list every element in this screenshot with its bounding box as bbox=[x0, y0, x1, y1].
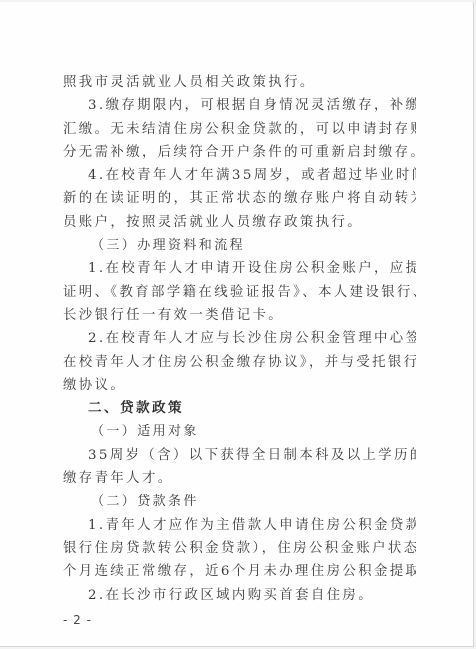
paragraph-line: 证明、《教育部学籍在线验证报告》、本人建设银行、交通银行、 bbox=[63, 281, 416, 304]
paragraph-line: 长沙银行任一有效一类借记卡。 bbox=[63, 304, 416, 327]
paragraph-line: 汇缴。无未结清住房公积金贷款的，可以申请封存账户，欠缴部 bbox=[63, 118, 416, 141]
paragraph-line: 2.在校青年人才应与长沙住房公积金管理中心签订《长沙市 bbox=[63, 327, 416, 350]
paragraph-line: 2.在长沙市行政区域内购买首套自住房。 bbox=[63, 584, 416, 607]
paragraph-line: 新的在读证明的，其正常状态的缴存账户将自动转为灵活就业人 bbox=[63, 187, 416, 210]
subsection-heading: （二）贷款条件 bbox=[63, 490, 416, 513]
paragraph-line: 缴存青年人才。 bbox=[63, 467, 416, 490]
paragraph-line: 3.缴存期限内，可根据自身情况灵活缴存，补缴视同为正常 bbox=[63, 94, 416, 117]
paragraph-line: 4.在校青年人才年满35周岁，或者超过毕业时间未再提供 bbox=[63, 164, 416, 187]
paragraph-line: 分无需补缴，后续符合开户条件的可重新启封缴存。 bbox=[63, 141, 416, 164]
paragraph-line: 员账户，按照灵活就业人员缴存政策执行。 bbox=[63, 211, 416, 234]
subsection-heading: （三）办理资料和流程 bbox=[63, 234, 416, 257]
document-page: 照我市灵活就业人员相关政策执行。 3.缴存期限内，可根据自身情况灵活缴存，补缴视… bbox=[0, 2, 474, 647]
paragraph-line: 个月连续正常缴存，近6个月未办理住房公积金提取。 bbox=[63, 560, 416, 583]
subsection-heading: （一）适用对象 bbox=[63, 420, 416, 443]
paragraph-line: 银行住房贷款转公积金贷款），住房公积金账户状态正常且近6 bbox=[63, 537, 416, 560]
paragraph-line: 照我市灵活就业人员相关政策执行。 bbox=[63, 71, 416, 94]
page-number: - 2 - bbox=[63, 613, 92, 627]
paragraph-line: 35周岁（含）以下获得全日制本科及以上学历的我市单位 bbox=[63, 444, 416, 467]
document-body: 照我市灵活就业人员相关政策执行。 3.缴存期限内，可根据自身情况灵活缴存，补缴视… bbox=[63, 71, 416, 607]
paragraph-line: 在校青年人才住房公积金缴存协议》，并与受托银行签订代扣代 bbox=[63, 351, 416, 374]
section-heading: 二、贷款政策 bbox=[63, 397, 416, 420]
paragraph-line: 1.在校青年人才申请开设住房公积金账户，应提供本人身份 bbox=[63, 257, 416, 280]
paragraph-line: 1.青年人才应作为主借款人申请住房公积金贷款（不含商业 bbox=[63, 514, 416, 537]
paragraph-line: 缴协议。 bbox=[63, 374, 416, 397]
